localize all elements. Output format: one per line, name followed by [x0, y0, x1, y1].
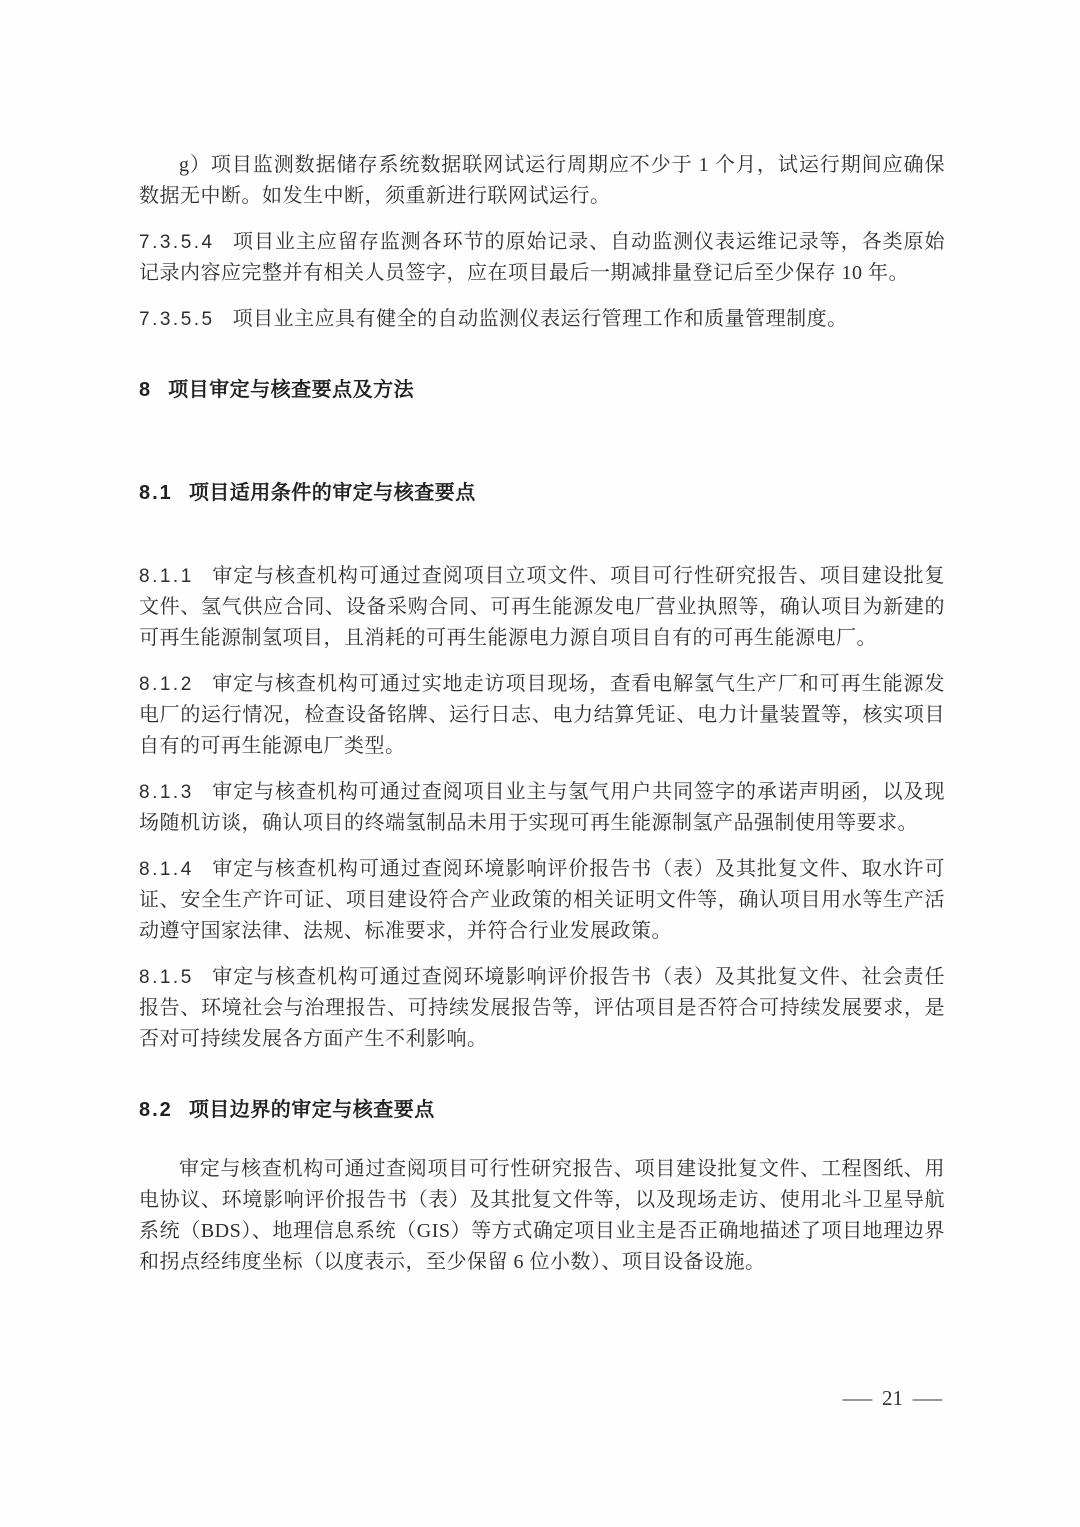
clause-7-3-5-4: 7.3.5.4项目业主应留存监测各环节的原始记录、自动监测仪表运维记录等，各类原…: [139, 227, 945, 289]
clause-text: 审定与核查机构可通过实地走访项目现场，查看电解氢气生产厂和可再生能源发电厂的运行…: [139, 673, 945, 757]
paragraph: g）项目监测数据储存系统数据联网试运行周期应不少于 1 个月，试运行期间应确保数…: [139, 150, 945, 212]
paragraph: 审定与核查机构可通过查阅项目可行性研究报告、项目建设批复文件、工程图纸、用电协议…: [139, 1154, 945, 1278]
clause-text: 审定与核查机构可通过查阅环境影响评价报告书（表）及其批复文件、取水许可证、安全生…: [139, 858, 945, 942]
clause-number: 8.1.1: [139, 566, 194, 587]
document-body: g）项目监测数据储存系统数据联网试运行周期应不少于 1 个月，试运行期间应确保数…: [139, 150, 945, 1293]
clause-number: 8: [139, 379, 152, 401]
footer-left-dash: —: [843, 1386, 872, 1411]
clause-8-1-1: 8.1.1审定与核查机构可通过查阅项目立项文件、项目可行性研究报告、项目建设批复…: [139, 561, 945, 654]
clause-number: 7.3.5.4: [139, 232, 215, 253]
clause-8-1-4: 8.1.4审定与核查机构可通过查阅环境影响评价报告书（表）及其批复文件、取水许可…: [139, 854, 945, 947]
clause-text: 审定与核查机构可通过查阅环境影响评价报告书（表）及其批复文件、社会责任报告、环境…: [139, 966, 945, 1050]
section-heading-8: 8项目审定与核查要点及方法: [139, 375, 945, 406]
clause-8-1-3: 8.1.3审定与核查机构可通过查阅项目业主与氢气用户共同签字的承诺声明函，以及现…: [139, 777, 945, 839]
footer-right-dash: —: [913, 1386, 942, 1411]
clause-number: 8.1: [139, 482, 173, 504]
section-heading-8-1: 8.1项目适用条件的审定与核查要点: [139, 478, 945, 509]
clause-text: 项目业主应留存监测各环节的原始记录、自动监测仪表运维记录等，各类原始记录内容应完…: [139, 231, 945, 284]
clause-8-1-2: 8.1.2审定与核查机构可通过实地走访项目现场，查看电解氢气生产厂和可再生能源发…: [139, 669, 945, 762]
page-number: 21: [882, 1386, 903, 1411]
clause-text: 审定与核查机构可通过查阅项目立项文件、项目可行性研究报告、项目建设批复文件、氢气…: [139, 565, 945, 649]
clause-text: 审定与核查机构可通过查阅项目业主与氢气用户共同签字的承诺声明函，以及现场随机访谈…: [139, 781, 945, 834]
clause-number: 8.1.3: [139, 782, 194, 803]
page-sheet: g）项目监测数据储存系统数据联网试运行周期应不少于 1 个月，试运行期间应确保数…: [0, 0, 1080, 1527]
clause-text: 项目审定与核查要点及方法: [168, 379, 414, 401]
clause-number: 8.1.4: [139, 859, 194, 880]
clause-text: 项目业主应具有健全的自动监测仪表运行管理工作和质量管理制度。: [233, 308, 848, 330]
clause-number: 8.2: [139, 1099, 173, 1121]
clause-8-1-5: 8.1.5审定与核查机构可通过查阅环境影响评价报告书（表）及其批复文件、社会责任…: [139, 962, 945, 1055]
clause-number: 8.1.2: [139, 674, 194, 695]
clause-number: 7.3.5.5: [139, 309, 215, 330]
section-heading-8-2: 8.2项目边界的审定与核查要点: [139, 1095, 945, 1126]
page-footer: — 21 —: [847, 1386, 938, 1411]
paragraph-text: g）项目监测数据储存系统数据联网试运行周期应不少于 1 个月，试运行期间应确保数…: [139, 154, 945, 207]
clause-text: 项目边界的审定与核查要点: [189, 1099, 435, 1121]
clause-number: 8.1.5: [139, 967, 194, 988]
clause-text: 项目适用条件的审定与核查要点: [189, 482, 476, 504]
document-page: { "document": { "paragraphs": [ { "type"…: [0, 0, 1080, 1527]
clause-7-3-5-5: 7.3.5.5项目业主应具有健全的自动监测仪表运行管理工作和质量管理制度。: [139, 304, 945, 335]
paragraph-text: 审定与核查机构可通过查阅项目可行性研究报告、项目建设批复文件、工程图纸、用电协议…: [139, 1158, 945, 1273]
